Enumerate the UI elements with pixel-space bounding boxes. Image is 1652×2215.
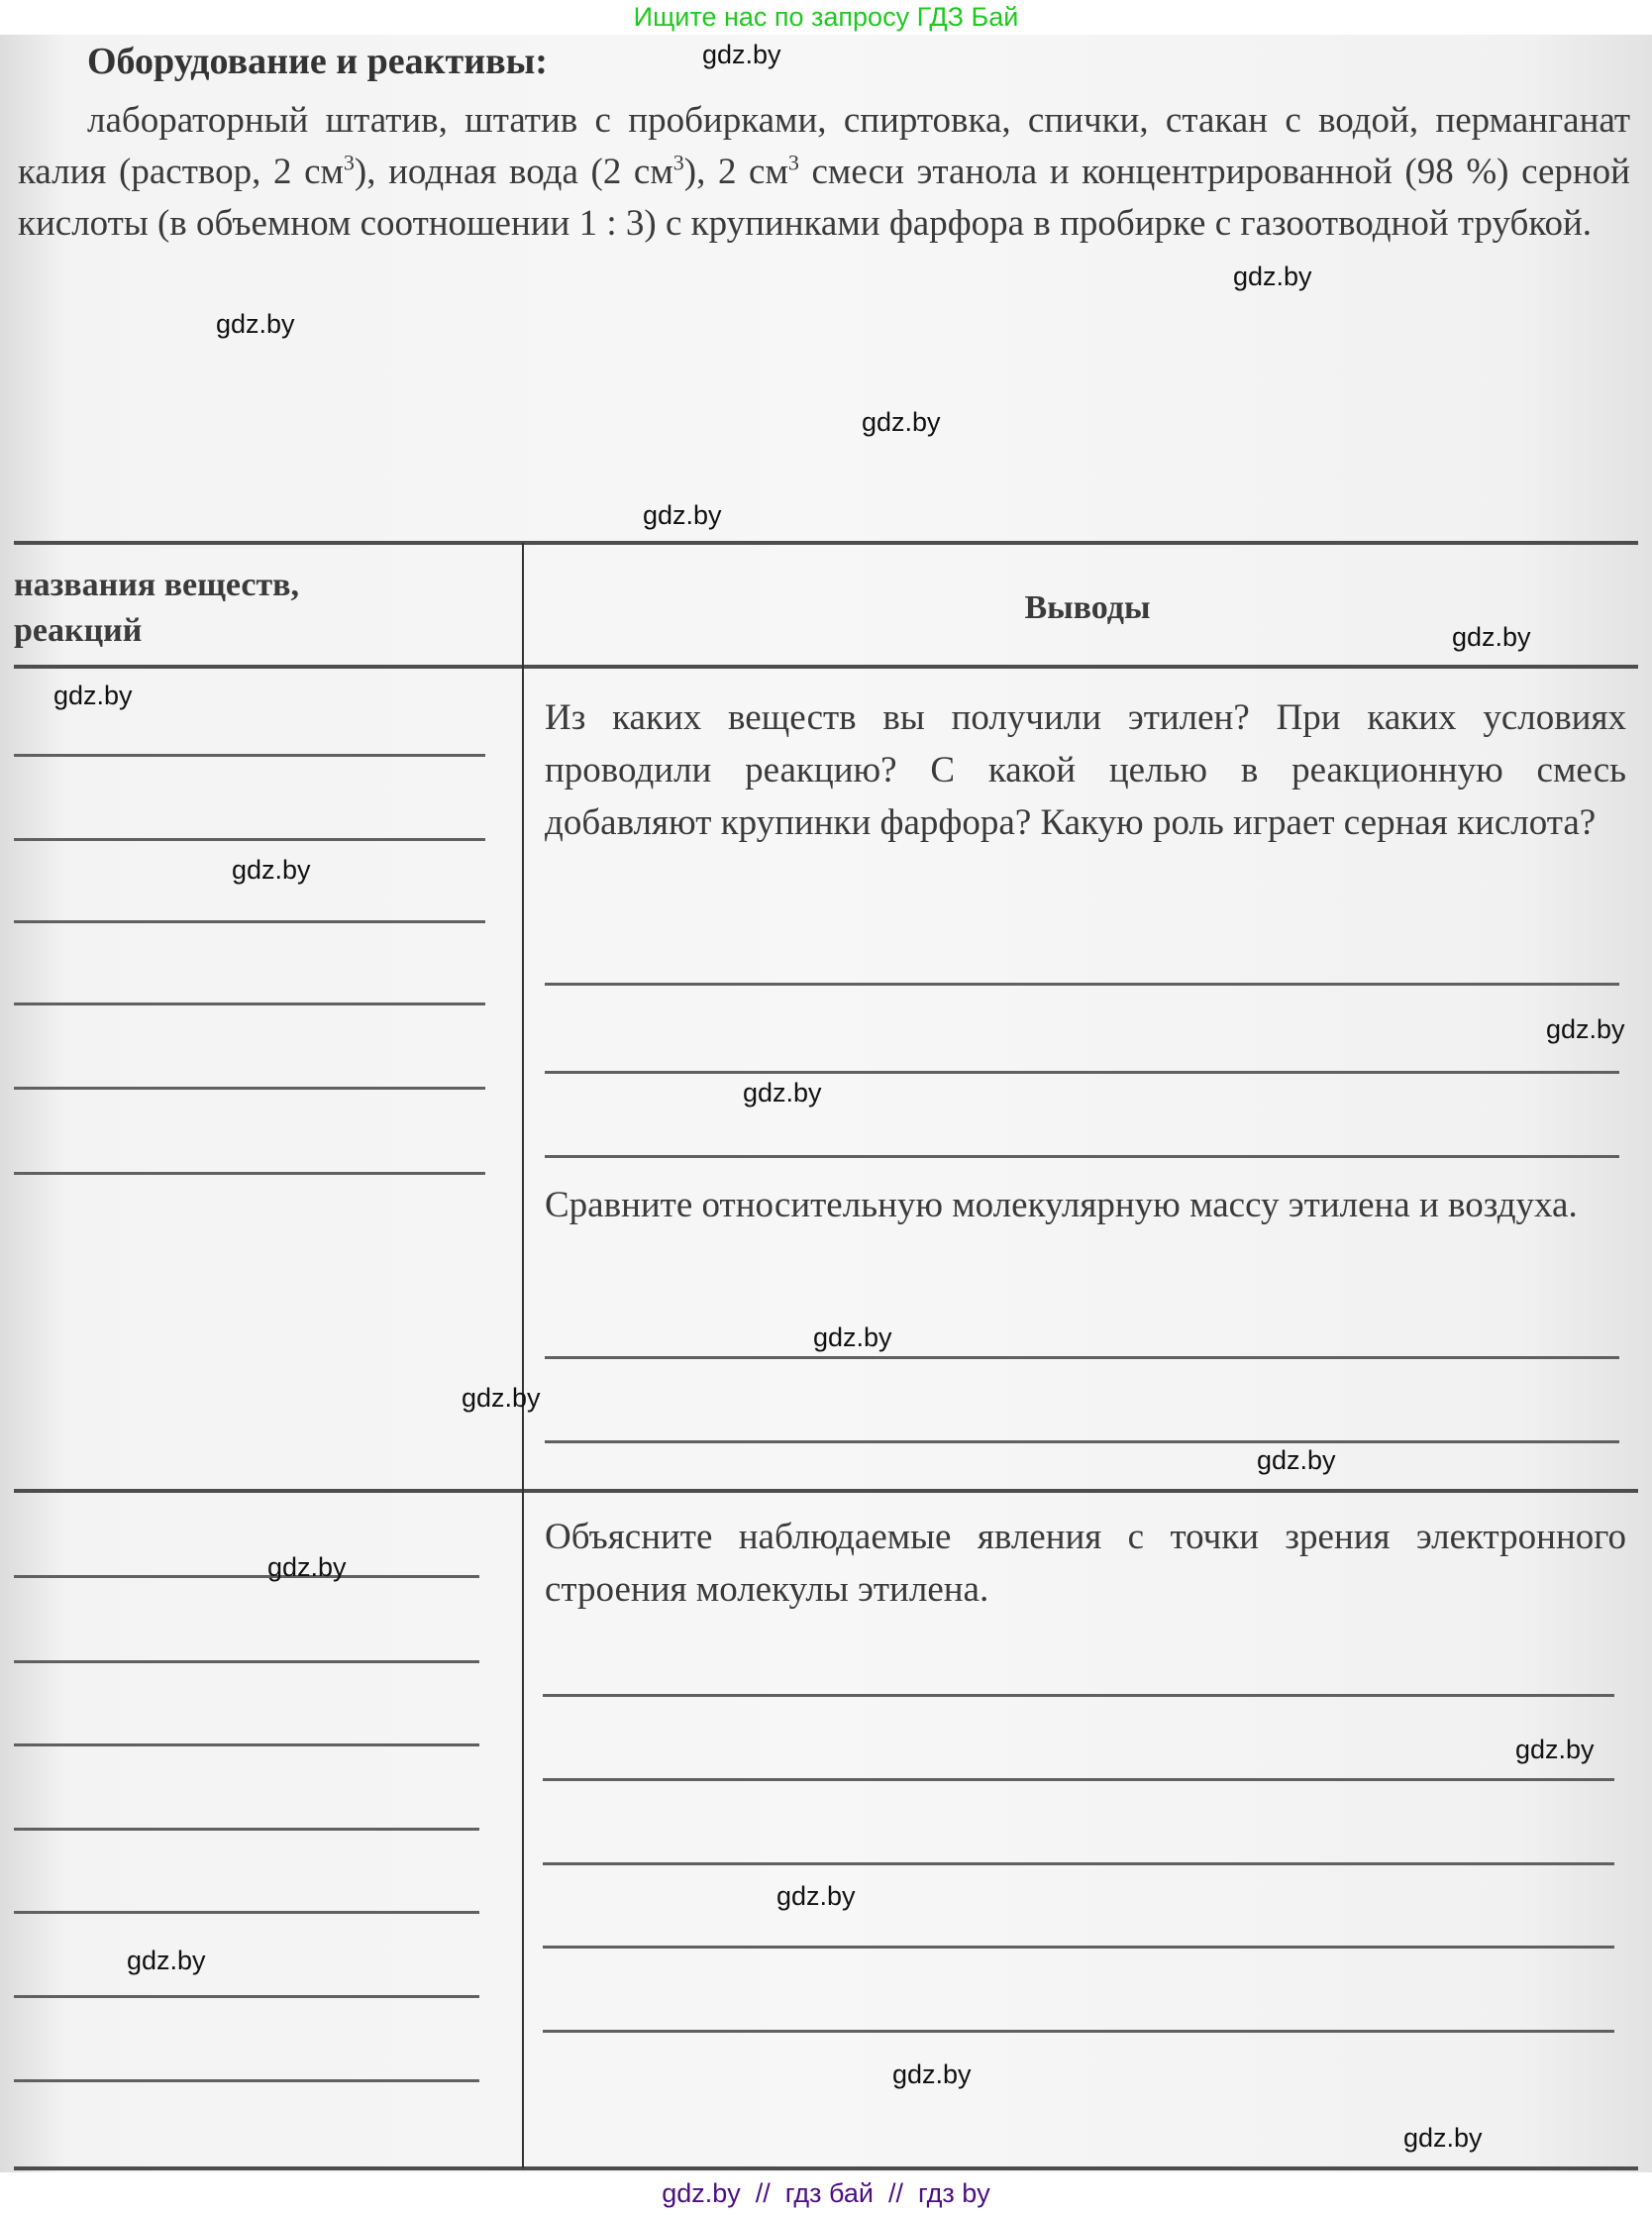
top-banner: Ищите нас по запросу ГДЗ Бай (0, 0, 1652, 35)
answer-line-right[interactable] (545, 1440, 1619, 1443)
table-header-rule (14, 665, 1638, 669)
answer-line-right[interactable] (543, 1778, 1614, 1781)
answer-line-left[interactable] (14, 1087, 485, 1090)
watermark: gdz.by (776, 1881, 856, 1912)
watermark: gdz.by (216, 309, 295, 340)
table-column-divider (522, 543, 524, 2168)
watermark: gdz.by (232, 855, 311, 886)
watermark: gdz.by (127, 1946, 206, 1976)
answer-line-left[interactable] (14, 1172, 485, 1175)
answer-line-right[interactable] (545, 1071, 1619, 1074)
answer-line-right[interactable] (543, 1694, 1614, 1697)
worksheet-page (0, 35, 1652, 2172)
answer-line-left[interactable] (14, 1575, 479, 1578)
watermark: gdz.by (1257, 1445, 1336, 1476)
equipment-text: лабораторный штатив, штатив с пробирками… (18, 95, 1630, 250)
watermark: gdz.by (1452, 622, 1531, 653)
question-2: Сравните относительную молекулярную масс… (545, 1179, 1626, 1231)
question-3: Объясните наблюдаемые явления с точки зр… (545, 1511, 1626, 1616)
watermark: gdz.by (643, 500, 722, 531)
answer-line-left[interactable] (14, 1660, 479, 1663)
equipment-heading: Оборудование и реактивы: (87, 40, 548, 83)
answer-line-left[interactable] (14, 920, 485, 923)
answer-line-right[interactable] (543, 1862, 1614, 1865)
answer-line-left[interactable] (14, 1911, 479, 1914)
answer-line-left[interactable] (14, 754, 485, 757)
watermark: gdz.by (53, 681, 133, 711)
answer-line-left[interactable] (14, 1002, 485, 1005)
watermark: gdz.by (1515, 1735, 1595, 1765)
watermark: gdz.by (267, 1552, 347, 1583)
answer-line-right[interactable] (545, 1155, 1619, 1158)
watermark: gdz.by (813, 1322, 892, 1353)
table-section-rule (14, 1489, 1638, 1493)
table-top-rule (14, 541, 1638, 545)
watermark: gdz.by (743, 1078, 822, 1108)
watermark: gdz.by (1233, 262, 1312, 292)
top-banner-text: Ищите нас по запросу ГДЗ Бай (634, 2, 1019, 32)
answer-line-right[interactable] (545, 1356, 1619, 1359)
answer-line-right[interactable] (543, 1946, 1614, 1949)
answer-line-left[interactable] (14, 838, 485, 841)
answer-line-left[interactable] (14, 2079, 479, 2082)
answer-line-right[interactable] (545, 983, 1619, 986)
watermark: gdz.by (702, 40, 781, 70)
watermark: gdz.by (892, 2059, 972, 2090)
bottom-banner: gdz.by // гдз бай // гдз by (0, 2172, 1652, 2215)
answer-line-right[interactable] (543, 2030, 1614, 2033)
watermark: gdz.by (462, 1383, 541, 1414)
bottom-banner-text: gdz.by // гдз бай // гдз by (662, 2178, 990, 2208)
answer-line-left[interactable] (14, 1828, 479, 1831)
column-header-substances: названия веществ,реакций (14, 563, 299, 654)
watermark: gdz.by (1403, 2123, 1483, 2154)
answer-line-left[interactable] (14, 1995, 479, 1998)
watermark: gdz.by (862, 407, 941, 438)
question-1: Из каких веществ вы получили этилен? При… (545, 691, 1626, 849)
table-bottom-rule (14, 2166, 1638, 2170)
watermark: gdz.by (1546, 1014, 1625, 1045)
answer-line-left[interactable] (14, 1743, 479, 1746)
